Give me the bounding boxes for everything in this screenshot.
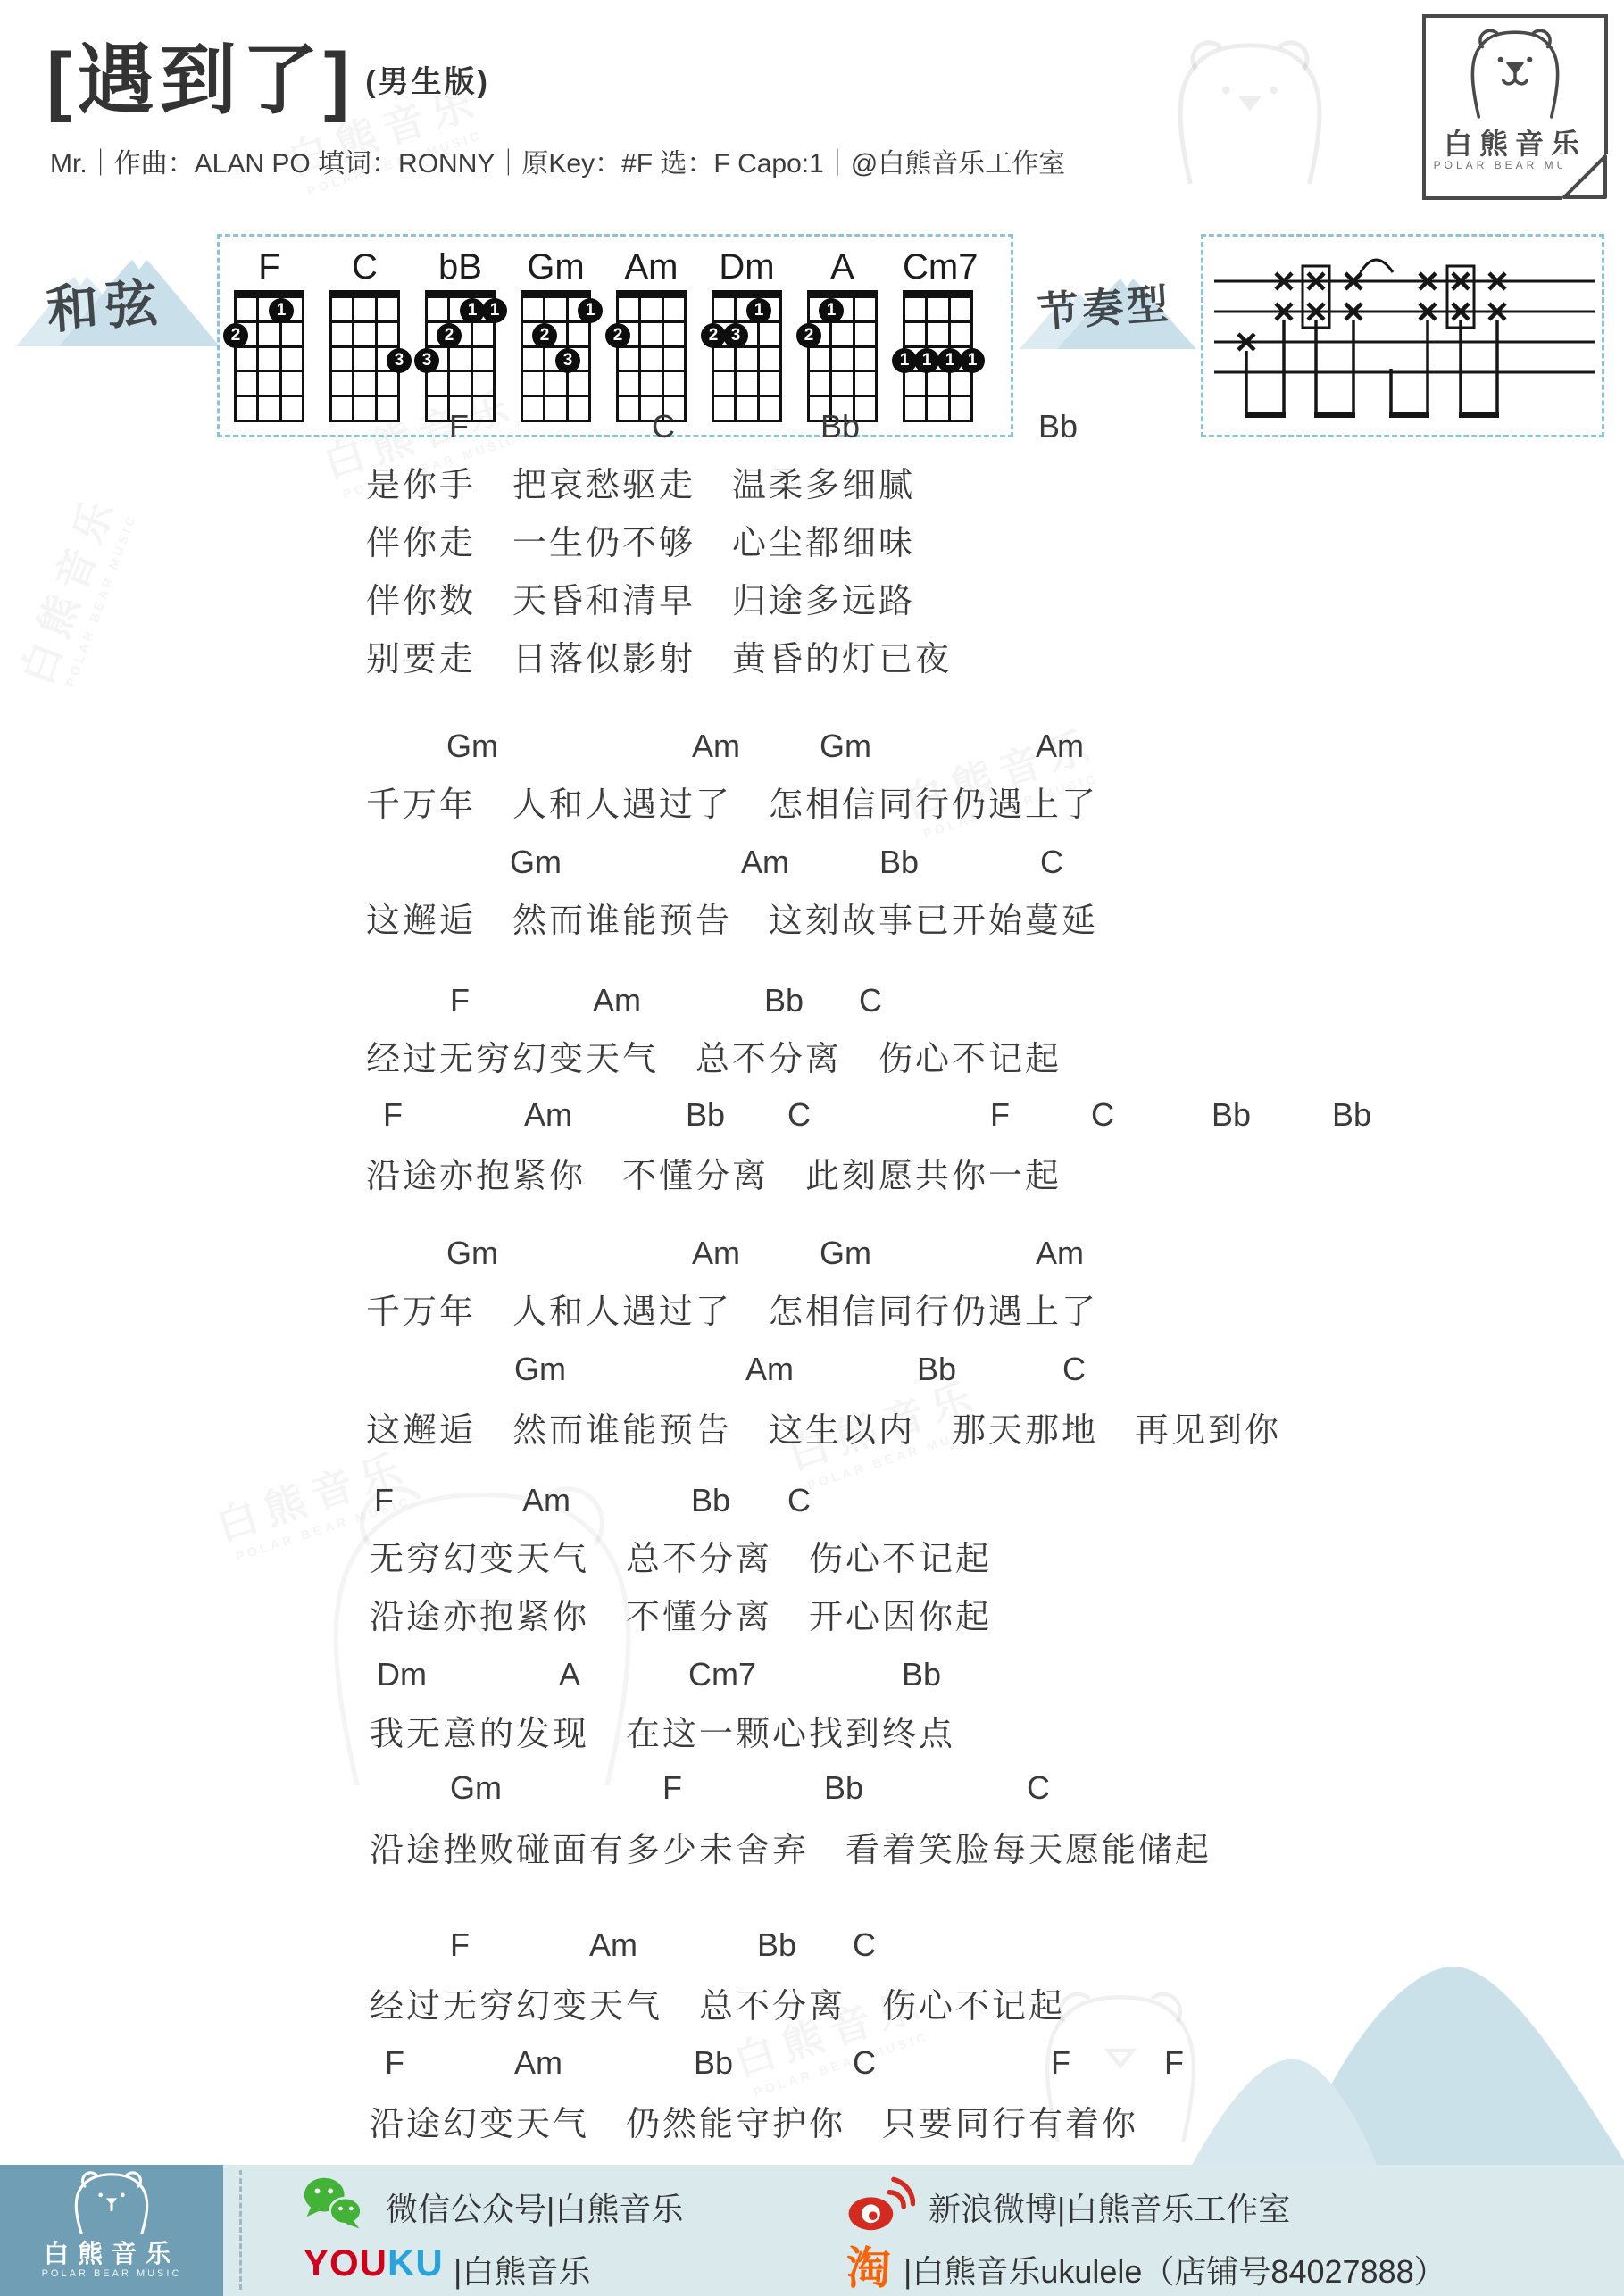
fretboard-nut: [903, 290, 973, 298]
fretboard-grid: 1111: [903, 290, 973, 422]
fret-line: [807, 320, 878, 323]
string-line: [875, 290, 878, 422]
chord-name: Bb: [757, 1929, 796, 1961]
chord-diagram-label: Gm: [521, 247, 591, 287]
chord-name: Dm: [377, 1659, 427, 1691]
chord-name: Am: [589, 1929, 637, 1961]
chord-diagram-label: F: [234, 247, 304, 287]
footer-weibo-label: 新浪微博|白熊音乐工作室: [929, 2184, 1290, 2230]
chord-diagram-label: Cm7: [903, 247, 973, 287]
chord-name: A: [559, 1659, 580, 1691]
rhythm-section-label: 节奏型: [1018, 254, 1201, 353]
finger-dot: 3: [414, 348, 439, 373]
youku-logo-red: YOU: [304, 2242, 387, 2284]
chord-diagram: Am2: [616, 247, 687, 435]
page-fold: [1562, 154, 1608, 200]
fret-line: [329, 395, 400, 397]
chord-name: F: [383, 1099, 403, 1131]
chord-name: Bb: [764, 985, 804, 1017]
lyric-line: 千万年 人和人遇过了 怎相信同行仍遇上了: [366, 1293, 1098, 1334]
lyric-line: 我无意的发现 在这一颗心找到终点: [370, 1715, 955, 1756]
chord-name: C: [1040, 846, 1063, 878]
fretboard-grid: 1123: [425, 290, 496, 422]
watermark-text: 白熊音乐: [4, 484, 129, 692]
fret-line: [234, 395, 304, 397]
chord-name: Am: [745, 1353, 794, 1385]
lyric-line: 伴你走 一生仍不够 心尘都细味: [366, 524, 915, 565]
fret-line: [521, 370, 591, 372]
fret-line: [234, 420, 304, 422]
weibo-icon: [844, 2172, 915, 2233]
fret-line: [807, 345, 878, 348]
youku-icon: YOUKU: [304, 2242, 444, 2284]
chord-name: Gm: [446, 1237, 498, 1269]
chord-diagram: C3: [329, 247, 400, 435]
chord-name: Gm: [450, 1772, 502, 1804]
fretboard-nut: [521, 290, 591, 298]
lyric-line: 经过无穷幻变天气 总不分离 伤心不记起: [366, 1040, 1062, 1081]
finger-dot: 3: [723, 323, 748, 348]
finger-dot: 1: [937, 348, 962, 373]
watermark-text: POLAR BEAR MUSIC: [744, 2026, 938, 2101]
fret-line: [903, 395, 973, 397]
fret-line: [903, 420, 973, 422]
taobao-icon: 淘: [846, 2233, 891, 2296]
string-line: [256, 290, 259, 422]
fretboard-grid: 3: [329, 290, 400, 422]
chord-name: Am: [692, 730, 740, 762]
chord-name: F: [385, 2047, 404, 2079]
fret-line: [329, 370, 400, 372]
fret-line: [712, 345, 782, 348]
footer-brand-cn: 白熊音乐: [0, 2234, 223, 2270]
chord-name: C: [787, 1485, 811, 1517]
lyric-line: 沿途挫败碰面有多少未舍弃 看着笑脸每天愿能储起: [370, 1831, 1212, 1872]
fret-line: [807, 395, 878, 397]
mountains-decoration: [1143, 1959, 1624, 2165]
fret-line: [616, 320, 687, 323]
chord-name: Bb: [879, 846, 919, 878]
lyric-line: 这邂逅 然而谁能预告 这生以内 那天那地 再见到你: [366, 1411, 1281, 1452]
chord-name: Am: [593, 985, 641, 1017]
fret-line: [234, 345, 304, 348]
string-line: [807, 290, 810, 422]
string-line: [447, 290, 450, 422]
chord-name: Cm7: [688, 1659, 756, 1691]
finger-dot: 1: [960, 348, 985, 373]
footer-wechat-label: 微信公众号|白熊音乐: [386, 2184, 683, 2230]
string-line: [616, 290, 619, 422]
chord-name: F: [450, 985, 470, 1017]
chord-name: C: [853, 2047, 876, 2079]
finger-dot: 1: [269, 298, 294, 323]
chord-name: Am: [692, 1237, 740, 1269]
finger-dot: 2: [605, 323, 630, 348]
chord-name: F: [450, 1929, 470, 1961]
lyric-line: 别要走 日落似影射 黄昏的灯已夜: [366, 640, 952, 681]
chord-name: C: [1027, 1772, 1050, 1804]
lyric-line: 无穷幻变天气 总不分离 伤心不记起: [370, 1540, 992, 1581]
chord-diagram: Gm123: [521, 247, 591, 435]
fret-line: [616, 395, 687, 397]
wechat-icon: [302, 2174, 364, 2231]
finger-dot: 2: [701, 323, 726, 348]
chord-name: C: [853, 1929, 876, 1961]
fret-line: [521, 345, 591, 348]
rhythm-pattern: [1201, 234, 1604, 437]
song-title: [遇到了]: [46, 37, 354, 123]
footer-brand-band: 白熊音乐 POLAR BEAR MUSIC: [0, 2165, 223, 2296]
chord-name: Am: [522, 1485, 570, 1517]
fret-line: [903, 320, 973, 323]
bear-watermark-icon: [1161, 27, 1339, 192]
watermark: 白熊音乐 POLAR BEAR MUSIC: [4, 484, 142, 697]
page-title: [遇到了](男生版): [46, 18, 490, 129]
fret-line: [234, 320, 304, 323]
fret-line: [712, 370, 782, 372]
fretboard-nut: [807, 290, 878, 298]
finger-dot: 2: [223, 323, 248, 348]
fretboard-nut: [616, 290, 687, 298]
footer-brand-en: POLAR BEAR MUSIC: [0, 2268, 223, 2279]
string-line: [352, 290, 354, 422]
song-credits: Mr.｜作曲：ALAN PO 填词：RONNY｜原Key：#F 选：F Capo…: [50, 141, 1065, 180]
chord-name: F: [449, 411, 469, 443]
chord-name: Gm: [820, 1237, 871, 1269]
bear-icon: [64, 2167, 159, 2234]
fretboard-nut: [329, 290, 400, 298]
fretboard-grid: 123: [521, 290, 591, 422]
fret-line: [712, 320, 782, 323]
chord-name: C: [652, 411, 675, 443]
fret-line: [616, 345, 687, 348]
string-line: [638, 290, 641, 422]
chord-diagram-label: Am: [616, 247, 687, 287]
rhythm-notation-icon: [1203, 237, 1602, 435]
chord-name: F: [374, 1485, 394, 1517]
chord-diagram: A12: [807, 247, 878, 435]
string-line: [779, 290, 782, 422]
fret-line: [807, 370, 878, 372]
fretboard-grid: 12: [807, 290, 878, 422]
song-subtitle: (男生版): [365, 65, 490, 99]
chord-name: Am: [524, 1099, 572, 1131]
fret-line: [234, 370, 304, 372]
chord-name: C: [859, 985, 882, 1017]
finger-dot: 3: [555, 348, 580, 373]
fret-line: [616, 370, 687, 372]
chord-name: F: [662, 1772, 682, 1804]
chord-diagram: bB1123: [425, 247, 496, 435]
chord-name: Am: [741, 846, 789, 878]
chord-diagram-label: Dm: [712, 247, 782, 287]
bear-icon: [1460, 21, 1570, 121]
chord-diagrams: F12C3bB1123Gm123Am2Dm123A12Cm71111: [217, 234, 1013, 437]
chord-name: Bb: [1212, 1099, 1251, 1131]
string-line: [302, 290, 304, 422]
lyric-line: 经过无穷幻变天气 总不分离 伤心不记起: [370, 1987, 1065, 2028]
string-line: [662, 290, 664, 422]
finger-dot: 1: [746, 298, 771, 323]
footer: 白熊音乐 POLAR BEAR MUSIC 微信公众号|白熊音乐 新浪微博|白熊…: [0, 2165, 1624, 2296]
string-line: [543, 290, 545, 422]
chords-label-text: 和弦: [44, 260, 167, 343]
chord-name: Bb: [691, 1485, 730, 1517]
chord-name: C: [787, 1099, 811, 1131]
chord-name: Am: [1036, 1237, 1084, 1269]
lyric-line: 是你手 把哀愁驱走 温柔多细腻: [366, 466, 915, 507]
lyric-line: 沿途亦抱紧你 不懂分离 此刻愿共你一起: [366, 1157, 1062, 1198]
chord-diagram: Cm71111: [903, 247, 973, 435]
chord-diagram-label: bB: [425, 247, 496, 287]
chord-name: Bb: [917, 1353, 956, 1385]
footer-youku-label: |白熊音乐: [454, 2247, 590, 2292]
youku-logo-blue: KU: [387, 2242, 444, 2284]
chord-name: Gm: [446, 730, 498, 762]
finger-dot: 1: [819, 298, 844, 323]
fretboard-grid: 12: [234, 290, 304, 422]
fret-line: [521, 395, 591, 397]
fretboard-nut: [425, 290, 496, 298]
chord-name: C: [1062, 1353, 1086, 1385]
string-line: [734, 290, 737, 422]
chord-diagram-label: C: [329, 247, 400, 287]
fret-line: [329, 320, 400, 323]
chord-name: F: [990, 1099, 1010, 1131]
chord-name: Bb: [824, 1772, 863, 1804]
fret-line: [329, 420, 400, 422]
finger-dot: 1: [914, 348, 939, 373]
lyric-line: 沿途幻变天气 仍然能守护你 只要同行有着你: [370, 2105, 1138, 2146]
fret-line: [329, 345, 400, 348]
rhythm-label-text: 节奏型: [1036, 271, 1173, 339]
lyric-line: 这邂逅 然而谁能预告 这刻故事已开始蔓延: [366, 902, 1098, 943]
finger-dot: 2: [437, 323, 462, 348]
chord-diagram: F12: [234, 247, 304, 435]
finger-dot: 1: [460, 298, 485, 323]
fret-line: [521, 320, 591, 323]
watermark-text: POLAR BEAR MUSIC: [60, 503, 142, 696]
finger-dot: 2: [532, 323, 557, 348]
chords-section-label: 和弦: [12, 239, 222, 351]
chord-name: C: [1091, 1099, 1114, 1131]
finger-dot: 1: [578, 298, 603, 323]
string-line: [329, 290, 332, 422]
fret-line: [425, 320, 496, 323]
string-line: [521, 290, 523, 422]
lyric-line: 沿途亦抱紧你 不懂分离 开心因你起: [370, 1598, 992, 1639]
fret-line: [521, 420, 591, 422]
chord-name: Gm: [514, 1353, 566, 1385]
finger-dot: 3: [387, 348, 412, 373]
footer-separator: [239, 2170, 242, 2290]
footer-taobao-label: |白熊音乐ukulele（店铺号84027888）: [904, 2247, 1446, 2292]
fretboard-grid: 2: [616, 290, 687, 422]
finger-dot: 2: [796, 323, 821, 348]
chord-name: Gm: [820, 730, 871, 762]
fret-line: [903, 345, 973, 348]
fret-line: [425, 345, 496, 348]
fret-line: [425, 370, 496, 372]
chord-sheet-page: 白熊音乐 POLAR BEAR MUSIC 白熊音乐 POLAR BEAR MU…: [0, 0, 1624, 2296]
chord-diagram-label: A: [807, 247, 878, 287]
fret-line: [425, 395, 496, 397]
chord-name: Gm: [510, 846, 562, 878]
brand-logo: 白熊音乐 POLAR BEAR MUSIC: [1422, 14, 1608, 200]
string-line: [375, 290, 378, 422]
chord-name: Bb: [820, 411, 860, 443]
fret-line: [712, 395, 782, 397]
chord-name: Bb: [694, 2047, 733, 2079]
fret-line: [903, 370, 973, 372]
lyric-line: 伴你数 天昏和清早 归途多远路: [366, 582, 915, 623]
chord-name: Bb: [686, 1099, 725, 1131]
chord-name: Bb: [902, 1659, 941, 1691]
chord-name: Am: [514, 2047, 562, 2079]
fret-line: [712, 420, 782, 422]
string-line: [684, 290, 687, 422]
fretboard-nut: [712, 290, 782, 298]
chord-diagram: Dm123: [712, 247, 782, 435]
chord-name: F: [1051, 2047, 1070, 2079]
finger-dot: 1: [482, 298, 507, 323]
finger-dot: 1: [892, 348, 917, 373]
string-line: [234, 290, 237, 422]
chord-name: Bb: [1332, 1099, 1371, 1131]
string-line: [712, 290, 714, 422]
chord-name: Bb: [1038, 411, 1078, 443]
fretboard-nut: [234, 290, 304, 298]
lyric-line: 千万年 人和人遇过了 怎相信同行仍遇上了: [366, 786, 1098, 827]
string-line: [853, 290, 855, 422]
fretboard-grid: 123: [712, 290, 782, 422]
chord-name: Am: [1036, 730, 1084, 762]
